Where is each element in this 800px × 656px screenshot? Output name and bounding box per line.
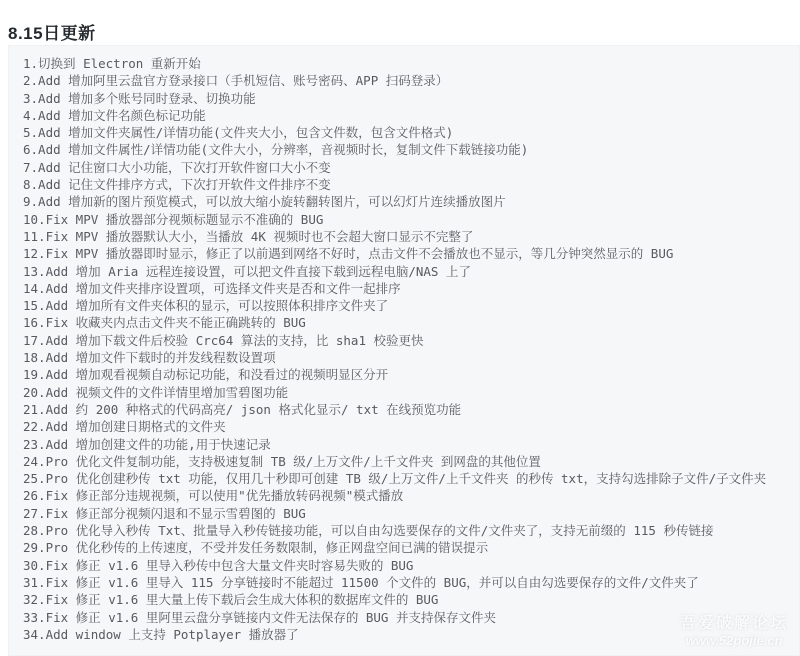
changelog-line: 2.Add 增加阿里云盘官方登录接口（手机短信、账号密码、APP 扫码登录） xyxy=(23,72,789,89)
changelog-line: 26.Fix 修正部分违规视频，可以使用"优先播放转码视频"模式播放 xyxy=(23,487,789,504)
changelog-line: 20.Add 视频文件的文件详情里增加雪碧图功能 xyxy=(23,384,789,401)
page-title: 8.15日更新 xyxy=(8,19,96,44)
changelog-list: 1.切换到 Electron 重新开始2.Add 增加阿里云盘官方登录接口（手机… xyxy=(23,55,789,643)
changelog-line: 14.Add 增加文件夹排序设置项，可选择文件夹是否和文件一起排序 xyxy=(23,280,789,297)
changelog-line: 5.Add 增加文件夹属性/详情功能(文件夹大小，包含文件数，包含文件格式) xyxy=(23,124,789,141)
changelog-line: 7.Add 记住窗口大小功能，下次打开软件窗口大小不变 xyxy=(23,159,789,176)
changelog-line: 17.Add 增加下载文件后校验 Crc64 算法的支持，比 sha1 校验更快 xyxy=(23,332,789,349)
changelog-line: 34.Add window 上支持 Potplayer 播放器了 xyxy=(23,626,789,643)
changelog-line: 22.Add 增加创建日期格式的文件夹 xyxy=(23,418,789,435)
changelog-line: 11.Fix MPV 播放器默认大小，当播放 4K 视频时也不会超大窗口显示不完… xyxy=(23,228,789,245)
changelog-line: 21.Add 约 200 种格式的代码高亮/ json 格式化显示/ txt 在… xyxy=(23,401,789,418)
changelog-line: 29.Pro 优化秒传的上传速度，不受并发任务数限制，修正网盘空间已满的错误提示 xyxy=(23,539,789,556)
changelog-line: 27.Fix 修正部分视频闪退和不显示雪碧图的 BUG xyxy=(23,505,789,522)
changelog-line: 8.Add 记住文件排序方式，下次打开软件文件排序不变 xyxy=(23,176,789,193)
changelog-line: 31.Fix 修正 v1.6 里导入 115 分享链接时不能超过 11500 个… xyxy=(23,574,789,591)
changelog-line: 33.Fix 修正 v1.6 里阿里云盘分享链接内文件无法保存的 BUG 并支持… xyxy=(23,609,789,626)
changelog-line: 6.Add 增加文件属性/详情功能(文件大小，分辨率，音视频时长，复制文件下载链… xyxy=(23,141,789,158)
changelog-line: 18.Add 增加文件下载时的并发线程数设置项 xyxy=(23,349,789,366)
changelog-line: 13.Add 增加 Aria 远程连接设置，可以把文件直接下载到远程电脑/NAS… xyxy=(23,263,789,280)
changelog-line: 3.Add 增加多个账号同时登录、切换功能 xyxy=(23,90,789,107)
changelog-line: 16.Fix 收藏夹内点击文件夹不能正确跳转的 BUG xyxy=(23,314,789,331)
changelog-line: 9.Add 增加新的图片预览模式，可以放大缩小旋转翻转图片，可以幻灯片连续播放图… xyxy=(23,193,789,210)
changelog-codebox: 1.切换到 Electron 重新开始2.Add 增加阿里云盘官方登录接口（手机… xyxy=(8,45,800,656)
changelog-line: 4.Add 增加文件名颜色标记功能 xyxy=(23,107,789,124)
changelog-line: 10.Fix MPV 播放器部分视频标题显示不准确的 BUG xyxy=(23,211,789,228)
changelog-line: 28.Pro 优化导入秒传 Txt、批量导入秒传链接功能，可以自由勾选要保存的文… xyxy=(23,522,789,539)
changelog-line: 12.Fix MPV 播放器即时显示，修正了以前遇到网络不好时，点击文件不会播放… xyxy=(23,245,789,262)
changelog-line: 32.Fix 修正 v1.6 里大量上传下载后会生成大体积的数据库文件的 BUG xyxy=(23,591,789,608)
changelog-line: 19.Add 增加观看视频自动标记功能，和没看过的视频明显区分开 xyxy=(23,366,789,383)
changelog-line: 25.Pro 优化创建秒传 txt 功能，仅用几十秒即可创建 TB 级/上万文件… xyxy=(23,470,789,487)
changelog-line: 24.Pro 优化文件复制功能，支持极速复制 TB 级/上万文件/上千文件夹 到… xyxy=(23,453,789,470)
changelog-line: 23.Add 增加创建文件的功能,用于快速记录 xyxy=(23,436,789,453)
changelog-line: 30.Fix 修正 v1.6 里导入秒传中包含大量文件夹时容易失败的 BUG xyxy=(23,557,789,574)
changelog-line: 15.Add 增加所有文件夹体积的显示，可以按照体积排序文件夹了 xyxy=(23,297,789,314)
changelog-line: 1.切换到 Electron 重新开始 xyxy=(23,55,789,72)
